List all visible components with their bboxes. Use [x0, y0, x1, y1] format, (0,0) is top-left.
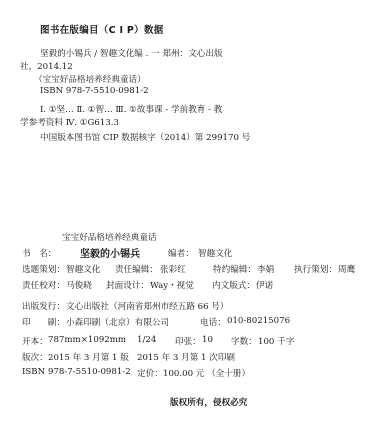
proofreader: 马俊晓 — [66, 279, 92, 291]
proofreader-label: 责任校对： — [22, 279, 65, 291]
responsible-editor-label: 责任编辑： — [115, 263, 158, 275]
copyright-notice: 版权所有，侵权必究 — [170, 396, 247, 408]
publisher-label: 出版发行： — [22, 300, 65, 312]
format-label: 开本： — [22, 335, 48, 347]
cip-series: （宝宝好品格培养经典童话） — [34, 73, 146, 85]
words: 100 千字 — [258, 335, 294, 347]
special-editor-label: 特约编辑： — [213, 263, 256, 275]
planner: 智趣文化 — [66, 263, 100, 275]
isbn: 978-7-5510-0981-2 — [48, 367, 131, 377]
planner-label: 选题策划： — [22, 263, 65, 275]
special-editor: 李娟 — [257, 263, 274, 275]
words-label: 字数： — [231, 335, 257, 347]
book-title: 坚毅的小锡兵 — [80, 245, 140, 260]
series-name: 宝宝好品格培养经典童话 — [62, 231, 157, 243]
cover-design-label: 封面设计： — [106, 279, 149, 291]
editor-label: 编者： — [168, 247, 194, 259]
format: 787mm×1092mm — [48, 335, 126, 345]
cip-class-line2: 学参考资料 Ⅳ. ①G613.3 — [20, 116, 119, 128]
printer-label: 印 刷： — [22, 316, 65, 328]
cip-entry-line2: 社，2014.12 — [20, 60, 73, 72]
price: 100.00 元 （全十册） — [163, 367, 250, 379]
phone: 010-80215076 — [227, 316, 290, 326]
edition-label: 版次： — [22, 351, 48, 363]
exec-planner-label: 执行策划： — [294, 263, 337, 275]
cip-heading: 图书在版编目（C I P）数据 — [40, 22, 164, 36]
sheets-label: 印张： — [175, 335, 201, 347]
fold: 1/24 — [137, 335, 156, 345]
cip-library-record: 中国版本图书馆 CIP 数据核字（2014）第 299170 号 — [40, 131, 250, 143]
sheets: 10 — [202, 335, 213, 345]
cip-isbn: ISBN 978-7-5510-0981-2 — [40, 86, 149, 96]
cip-entry-line1: 坚毅的小锡兵 / 智趣文化编 . 一 郑州：文心出版 — [40, 47, 223, 59]
printer: 小森印刷（北京）有限公司 — [66, 316, 169, 328]
publisher: 文心出版社（河南省郑州市经五路 66 号） — [66, 300, 229, 312]
phone-label: 电话： — [200, 316, 226, 328]
price-label: 定价： — [137, 367, 163, 379]
editor: 智趣文化 — [198, 247, 232, 259]
cip-class-line1: Ⅰ. ①坚… Ⅱ. ①智… Ⅲ. ①故事课 - 学前教育 - 教 — [40, 103, 222, 115]
exec-planner: 周鹰 — [338, 263, 355, 275]
responsible-editor: 张彩红 — [160, 263, 186, 275]
cover-design: Way・视觉 — [150, 279, 194, 291]
printing: 2015 年 3 月第 1 次印刷 — [137, 351, 235, 363]
layout: 伊诺 — [256, 279, 273, 291]
isbn-label: ISBN — [22, 367, 45, 377]
book-title-label: 书 名： — [22, 247, 56, 259]
edition: 2015 年 3 月第 1 版 — [48, 351, 129, 363]
layout-label: 内文版式： — [212, 279, 255, 291]
